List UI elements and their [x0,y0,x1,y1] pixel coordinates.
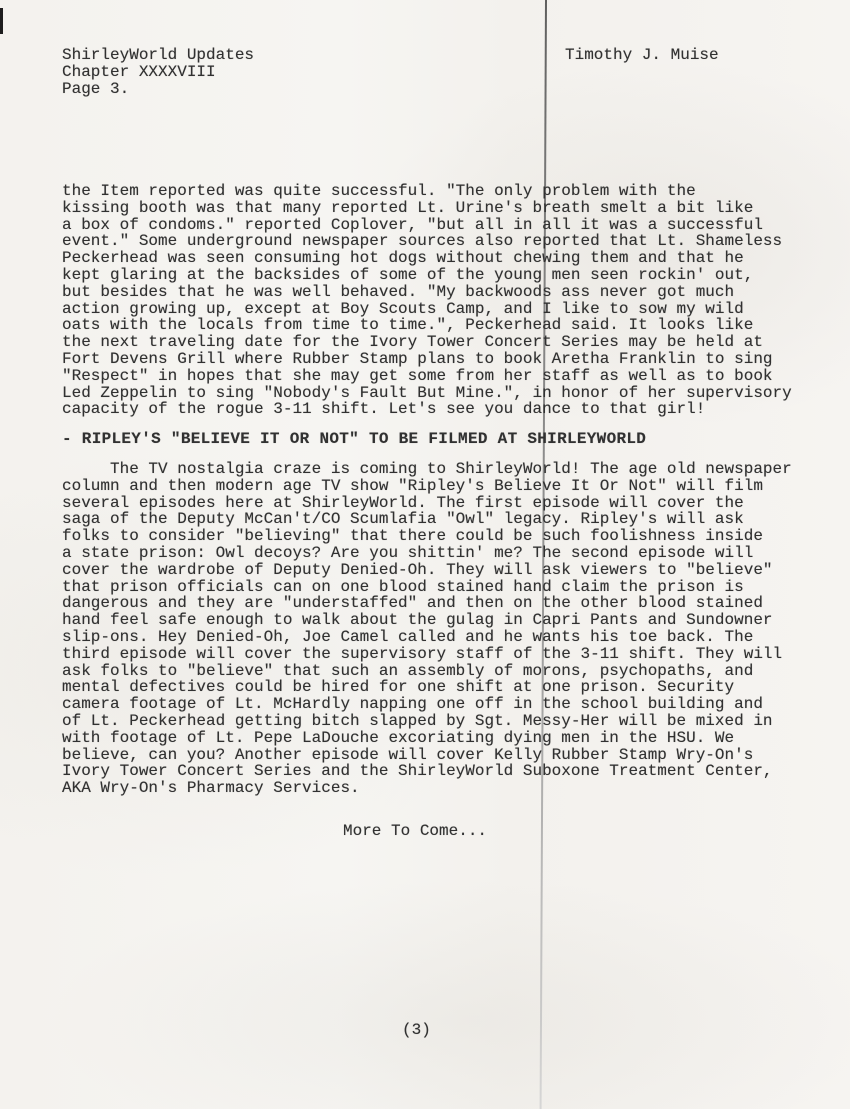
paragraph-1: the Item reported was quite successful. … [62,183,792,418]
document-author: Timothy J. Muise [565,47,719,64]
scanned-document-page: ShirleyWorld UpdatesChapter XXXXVIIIPage… [0,0,850,1109]
text-line: a state prison: Owl decoys? Are you shit… [62,545,792,562]
text-line: ask folks to "believe" that such an asse… [62,663,792,680]
paragraph-2: The TV nostalgia craze is coming to Shir… [62,461,792,797]
text-line: folks to consider "believing" that there… [62,528,792,545]
text-line: of Lt. Peckerhead getting bitch slapped … [62,713,792,730]
text-line: ShirleyWorld Updates [62,47,254,64]
text-line: a box of condoms." reported Coplover, "b… [62,217,792,234]
text-line: mental defectives could be hired for one… [62,679,792,696]
text-line: third episode will cover the supervisory… [62,646,792,663]
text-line: slip-ons. Hey Denied-Oh, Joe Camel calle… [62,629,792,646]
text-line: the Item reported was quite successful. … [62,183,792,200]
text-line: capacity of the rogue 3-11 shift. Let's … [62,401,792,418]
text-line: The TV nostalgia craze is coming to Shir… [62,461,792,478]
text-line: saga of the Deputy McCan't/CO Scumlafia … [62,511,792,528]
text-line: Led Zeppelin to sing "Nobody's Fault But… [62,385,792,402]
text-line: action growing up, except at Boy Scouts … [62,301,792,318]
text-line: Ivory Tower Concert Series and the Shirl… [62,763,792,780]
text-line: "Respect" in hopes that she may get some… [62,368,792,385]
scan-artifact-corner-mark [0,8,3,34]
text-line: several episodes here at ShirleyWorld. T… [62,495,792,512]
page-number: (3) [402,1022,431,1039]
text-line: Peckerhead was seen consuming hot dogs w… [62,250,792,267]
text-line: hand feel safe enough to walk about the … [62,612,792,629]
section-heading: - RIPLEY'S "BELIEVE IT OR NOT" TO BE FIL… [62,431,646,448]
text-line: event." Some underground newspaper sourc… [62,233,792,250]
text-line: column and then modern age TV show "Ripl… [62,478,792,495]
text-line: camera footage of Lt. McHardly napping o… [62,696,792,713]
text-line: kissing booth was that many reported Lt.… [62,200,792,217]
text-line: that prison officials can on one blood s… [62,579,792,596]
text-line: Chapter XXXXVIII [62,64,254,81]
closing-line: More To Come... [343,823,487,840]
text-line: Page 3. [62,81,254,98]
document-header: ShirleyWorld UpdatesChapter XXXXVIIIPage… [62,47,254,97]
text-line: dangerous and they are "understaffed" an… [62,595,792,612]
text-line: believe, can you? Another episode will c… [62,747,792,764]
text-line: with footage of Lt. Pepe LaDouche excori… [62,730,792,747]
text-line: cover the wardrobe of Deputy Denied-Oh. … [62,562,792,579]
text-line: Fort Devens Grill where Rubber Stamp pla… [62,351,792,368]
text-line: but besides that he was well behaved. "M… [62,284,792,301]
text-line: oats with the locals from time to time."… [62,317,792,334]
text-line: AKA Wry-On's Pharmacy Services. [62,780,792,797]
text-line: the next traveling date for the Ivory To… [62,334,792,351]
text-line: kept glaring at the backsides of some of… [62,267,792,284]
